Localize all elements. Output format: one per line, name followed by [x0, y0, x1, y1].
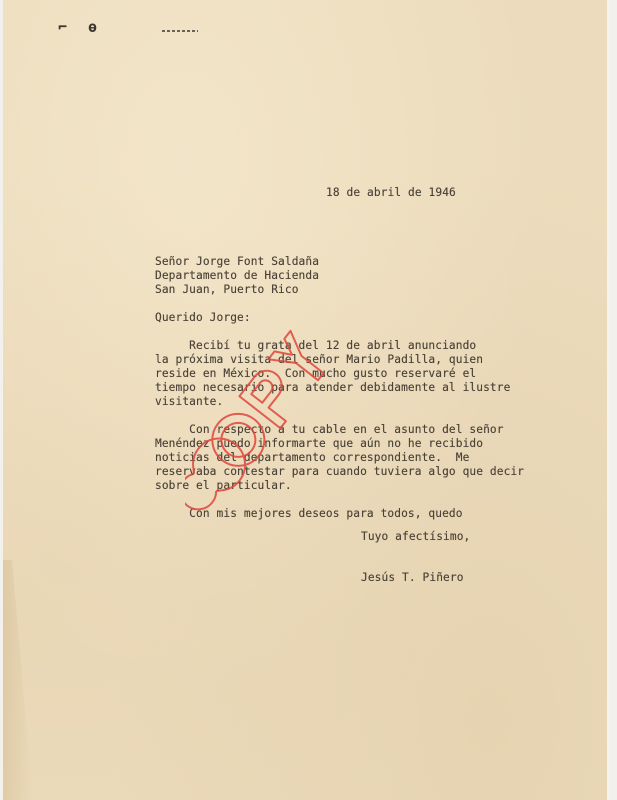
paragraph-line: reside en México. Con mucho gusto reserv… — [155, 367, 476, 381]
recipient-department: Departamento de Hacienda — [155, 269, 319, 283]
closing: Tuyo afectísimo, — [361, 530, 470, 544]
paragraph-line: Con respecto a tu cable en el asunto del… — [155, 423, 504, 437]
paragraph-line: visitante. — [155, 395, 223, 409]
signature: Jesús T. Piñero — [361, 571, 464, 585]
paragraph-line: sobre el particular. — [155, 479, 292, 493]
letter-date: 18 de abril de 1946 — [326, 186, 456, 200]
closing-line: Con mis mejores deseos para todos, quedo — [155, 507, 463, 521]
dash-mark — [162, 30, 198, 32]
recipient-name: Señor Jorge Font Saldaña — [155, 255, 319, 269]
paragraph-line: tiempo necesario para atender debidament… — [155, 381, 510, 395]
paragraph-line: la próxima visita del señor Mario Padill… — [155, 353, 483, 367]
paragraph-line: noticias del departamento correspondient… — [155, 451, 469, 465]
recipient-location: San Juan, Puerto Rico — [155, 283, 299, 297]
paragraph-line: Recibí tu grata del 12 de abril anuncian… — [155, 339, 476, 353]
page-edge — [607, 0, 609, 800]
handwritten-scribble: ⌐ ɵ — [58, 18, 103, 36]
letter-page — [3, 0, 609, 800]
salutation: Querido Jorge: — [155, 311, 251, 325]
paragraph-line: reservaba contestar para cuando tuviera … — [155, 465, 524, 479]
paragraph-line: Menéndez puedo informarte que aún no he … — [155, 437, 483, 451]
